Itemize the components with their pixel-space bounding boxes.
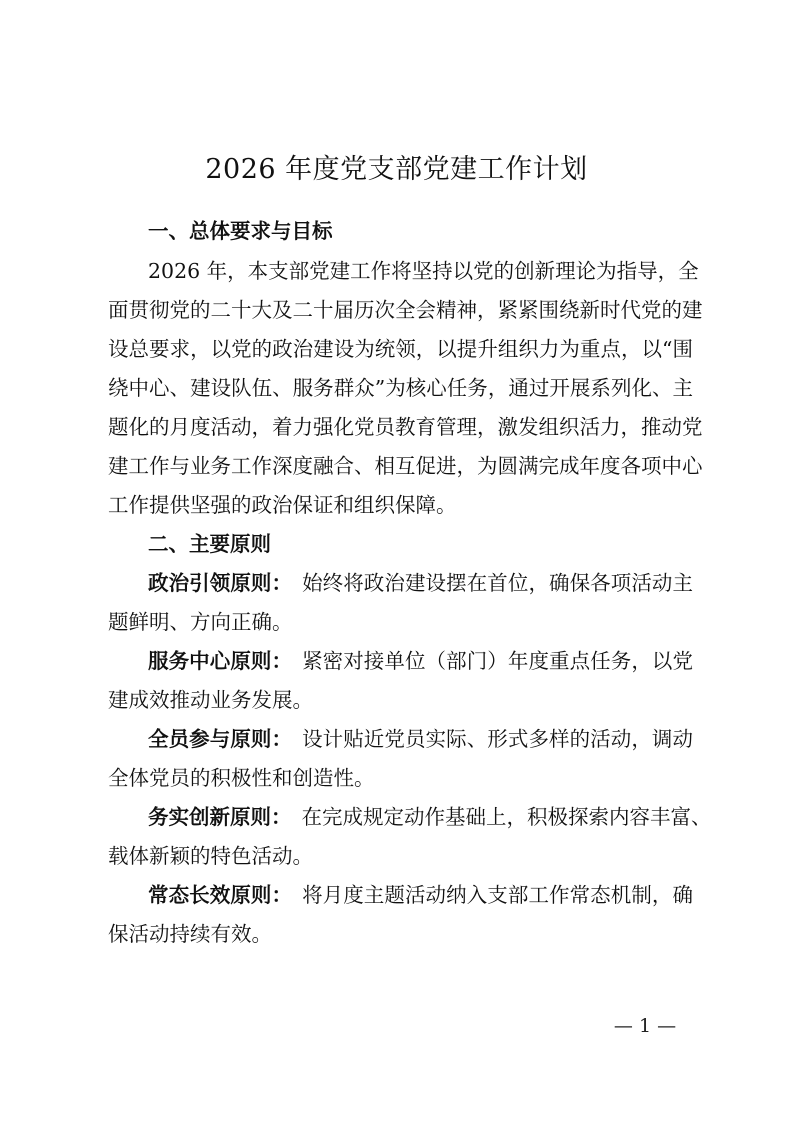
principle-label: 服务中心原则：	[148, 649, 292, 673]
paragraph-line: 面贯彻党的二十大及二十届历次全会精神，紧紧围绕新时代党的建	[108, 295, 693, 325]
document-title: 2026 年度党支部党建工作计划	[0, 150, 793, 190]
principle-label: 常态长效原则：	[148, 883, 292, 907]
paragraph-line: 设总要求，以党的政治建设为统领，以提升组织力为重点，以“围	[108, 334, 693, 364]
principle-text-continued: 题鲜明、方向正确。	[108, 607, 693, 637]
document-page: 2026 年度党支部党建工作计划 一、总体要求与目标 2026 年，本支部党建工…	[0, 0, 793, 1122]
principle-text-continued: 保活动持续有效。	[108, 919, 693, 949]
section-heading-main-principles: 二、主要原则	[148, 529, 271, 559]
principle-text-continued: 全体党员的积极性和创造性。	[108, 763, 693, 793]
principle-text-continued: 载体新颖的特色活动。	[108, 841, 693, 871]
paragraph-line: 2026 年，本支部党建工作将坚持以党的创新理论为指导，全	[148, 256, 693, 286]
principle-text: 在完成规定动作基础上，积极探索内容丰富、	[302, 805, 712, 829]
principle-text: 紧密对接单位（部门）年度重点任务，以党	[302, 649, 693, 673]
principle-text: 设计贴近党员实际、形式多样的活动，调动	[302, 727, 693, 751]
paragraph-line: 建工作与业务工作深度融合、相互促进，为圆满完成年度各项中心	[108, 451, 693, 481]
paragraph-line: 绕中心、建设队伍、服务群众”为核心任务，通过开展系列化、主	[108, 373, 693, 403]
page-number: — 1 —	[600, 1013, 690, 1039]
principle-full-participation: 全员参与原则：设计贴近党员实际、形式多样的活动，调动	[148, 724, 693, 754]
principle-text-continued: 建成效推动业务发展。	[108, 685, 693, 715]
principle-practical-innovation: 务实创新原则：在完成规定动作基础上，积极探索内容丰富、	[148, 802, 693, 832]
section-heading-overall-goals: 一、总体要求与目标	[148, 216, 333, 246]
paragraph-line: 题化的月度活动，着力强化党员教育管理，激发组织活力，推动党	[108, 412, 693, 442]
principle-text: 将月度主题活动纳入支部工作常态机制，确	[302, 883, 693, 907]
principle-label: 政治引领原则：	[148, 571, 292, 595]
principle-political-leadership: 政治引领原则：始终将政治建设摆在首位，确保各项活动主	[148, 568, 693, 598]
paragraph-line: 工作提供坚强的政治保证和组织保障。	[108, 490, 693, 520]
principle-serve-center: 服务中心原则：紧密对接单位（部门）年度重点任务，以党	[148, 646, 693, 676]
principle-label: 全员参与原则：	[148, 727, 292, 751]
principle-text: 始终将政治建设摆在首位，确保各项活动主	[302, 571, 693, 595]
principle-long-term-effectiveness: 常态长效原则：将月度主题活动纳入支部工作常态机制，确	[148, 880, 693, 910]
principle-label: 务实创新原则：	[148, 805, 292, 829]
